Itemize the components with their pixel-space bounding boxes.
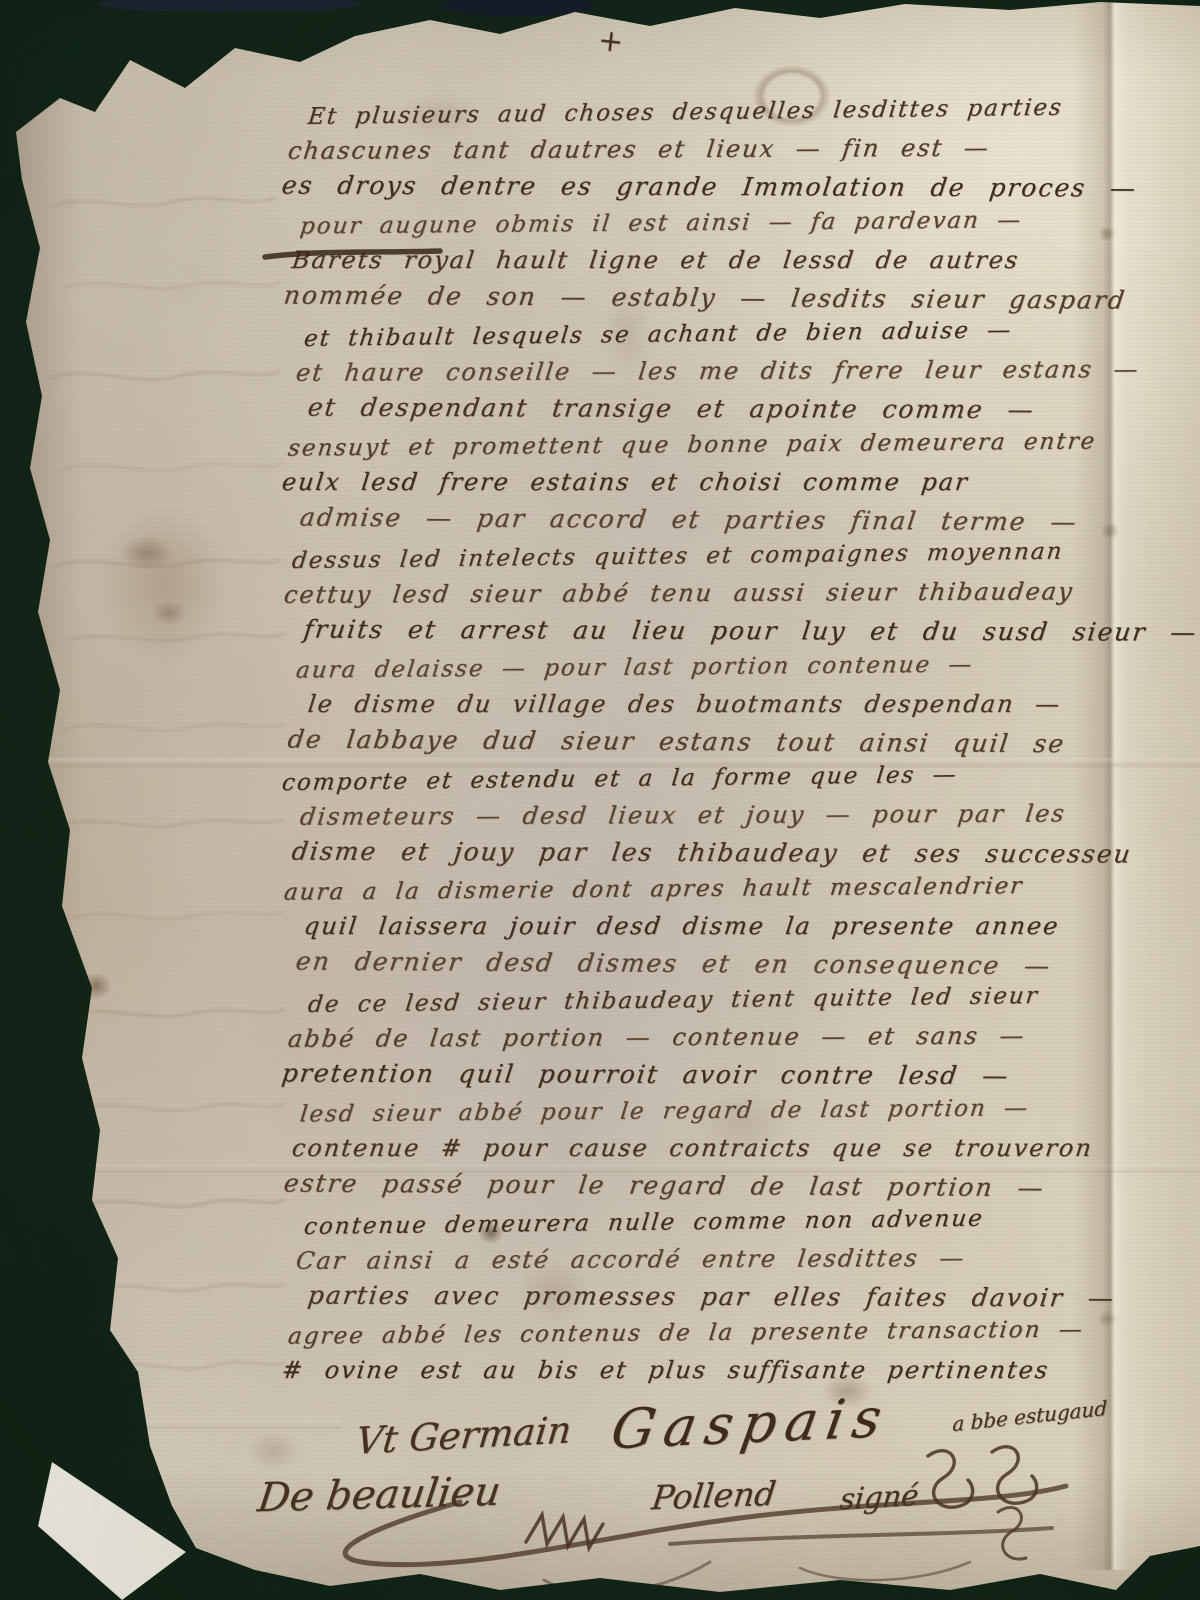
manuscript-line: Car ainsi a esté accordé entre lesdittes… <box>294 1239 1114 1280</box>
manuscript-line: disme et jouy par les thibaudeay et ses … <box>290 833 1115 873</box>
background-shadow-top-center <box>442 0 592 16</box>
cross-mark: + <box>596 23 625 60</box>
strikethrough-stroke <box>262 246 447 264</box>
manuscript-line: dismeteurs — desd lieux et jouy — pour p… <box>298 795 1114 836</box>
background-shadow-top-left <box>100 0 360 12</box>
manuscript-line: sensuyt et promettent que bonne paix dem… <box>286 423 1114 467</box>
manuscript-line: contenue # pour cause contraicts que se … <box>290 1130 1115 1167</box>
manuscript-line: lesd sieur abbé pour le regard de last p… <box>298 1089 1114 1133</box>
manuscript-line: et haure conseille — les me dits frere l… <box>294 351 1114 392</box>
manuscript-line: eulx lesd frere estains et choisi comme … <box>280 464 1115 501</box>
signature-flourishes <box>240 1384 1170 1596</box>
manuscript-line: parties avec promesses par elles faites … <box>306 1277 1115 1317</box>
manuscript-line: fruits et arrest au lieu pour luy et du … <box>302 611 1115 651</box>
manuscript-body: Et plusieurs aud choses desquelles lesdi… <box>282 94 1112 1389</box>
manuscript-line: aura a la dismerie dont apres hault mesc… <box>282 867 1114 911</box>
manuscript-page: + Et plusieurs aud choses desquelles les… <box>0 0 1200 1600</box>
verso-showthrough-strokes <box>36 170 286 1400</box>
manuscript-line: cettuy lesd sieur abbé tenu aussi sieur … <box>282 573 1114 614</box>
manuscript-photo: + Et plusieurs aud choses desquelles les… <box>0 0 1200 1600</box>
manuscript-line: es droys dentre es grande Immolation de … <box>280 167 1115 207</box>
manuscript-line: le disme du village des buotmants despen… <box>306 686 1115 723</box>
manuscript-line: pour augune obmis il est ainsi — fa pard… <box>298 201 1114 245</box>
manuscript-line: aura delaisse — pour last portion conten… <box>294 645 1114 689</box>
manuscript-line: agree abbé les contenus de la presente t… <box>286 1311 1114 1355</box>
manuscript-line: quil laissera jouir desd disme la presen… <box>302 908 1115 945</box>
manuscript-line: et despendant transige et apointe comme … <box>306 389 1115 429</box>
manuscript-line: abbé de last portion — contenue — et san… <box>286 1017 1114 1058</box>
manuscript-line: chascunes tant dautres et lieux — fin es… <box>286 129 1114 170</box>
manuscript-line: pretention quil pourroit avoir contre le… <box>280 1055 1115 1095</box>
